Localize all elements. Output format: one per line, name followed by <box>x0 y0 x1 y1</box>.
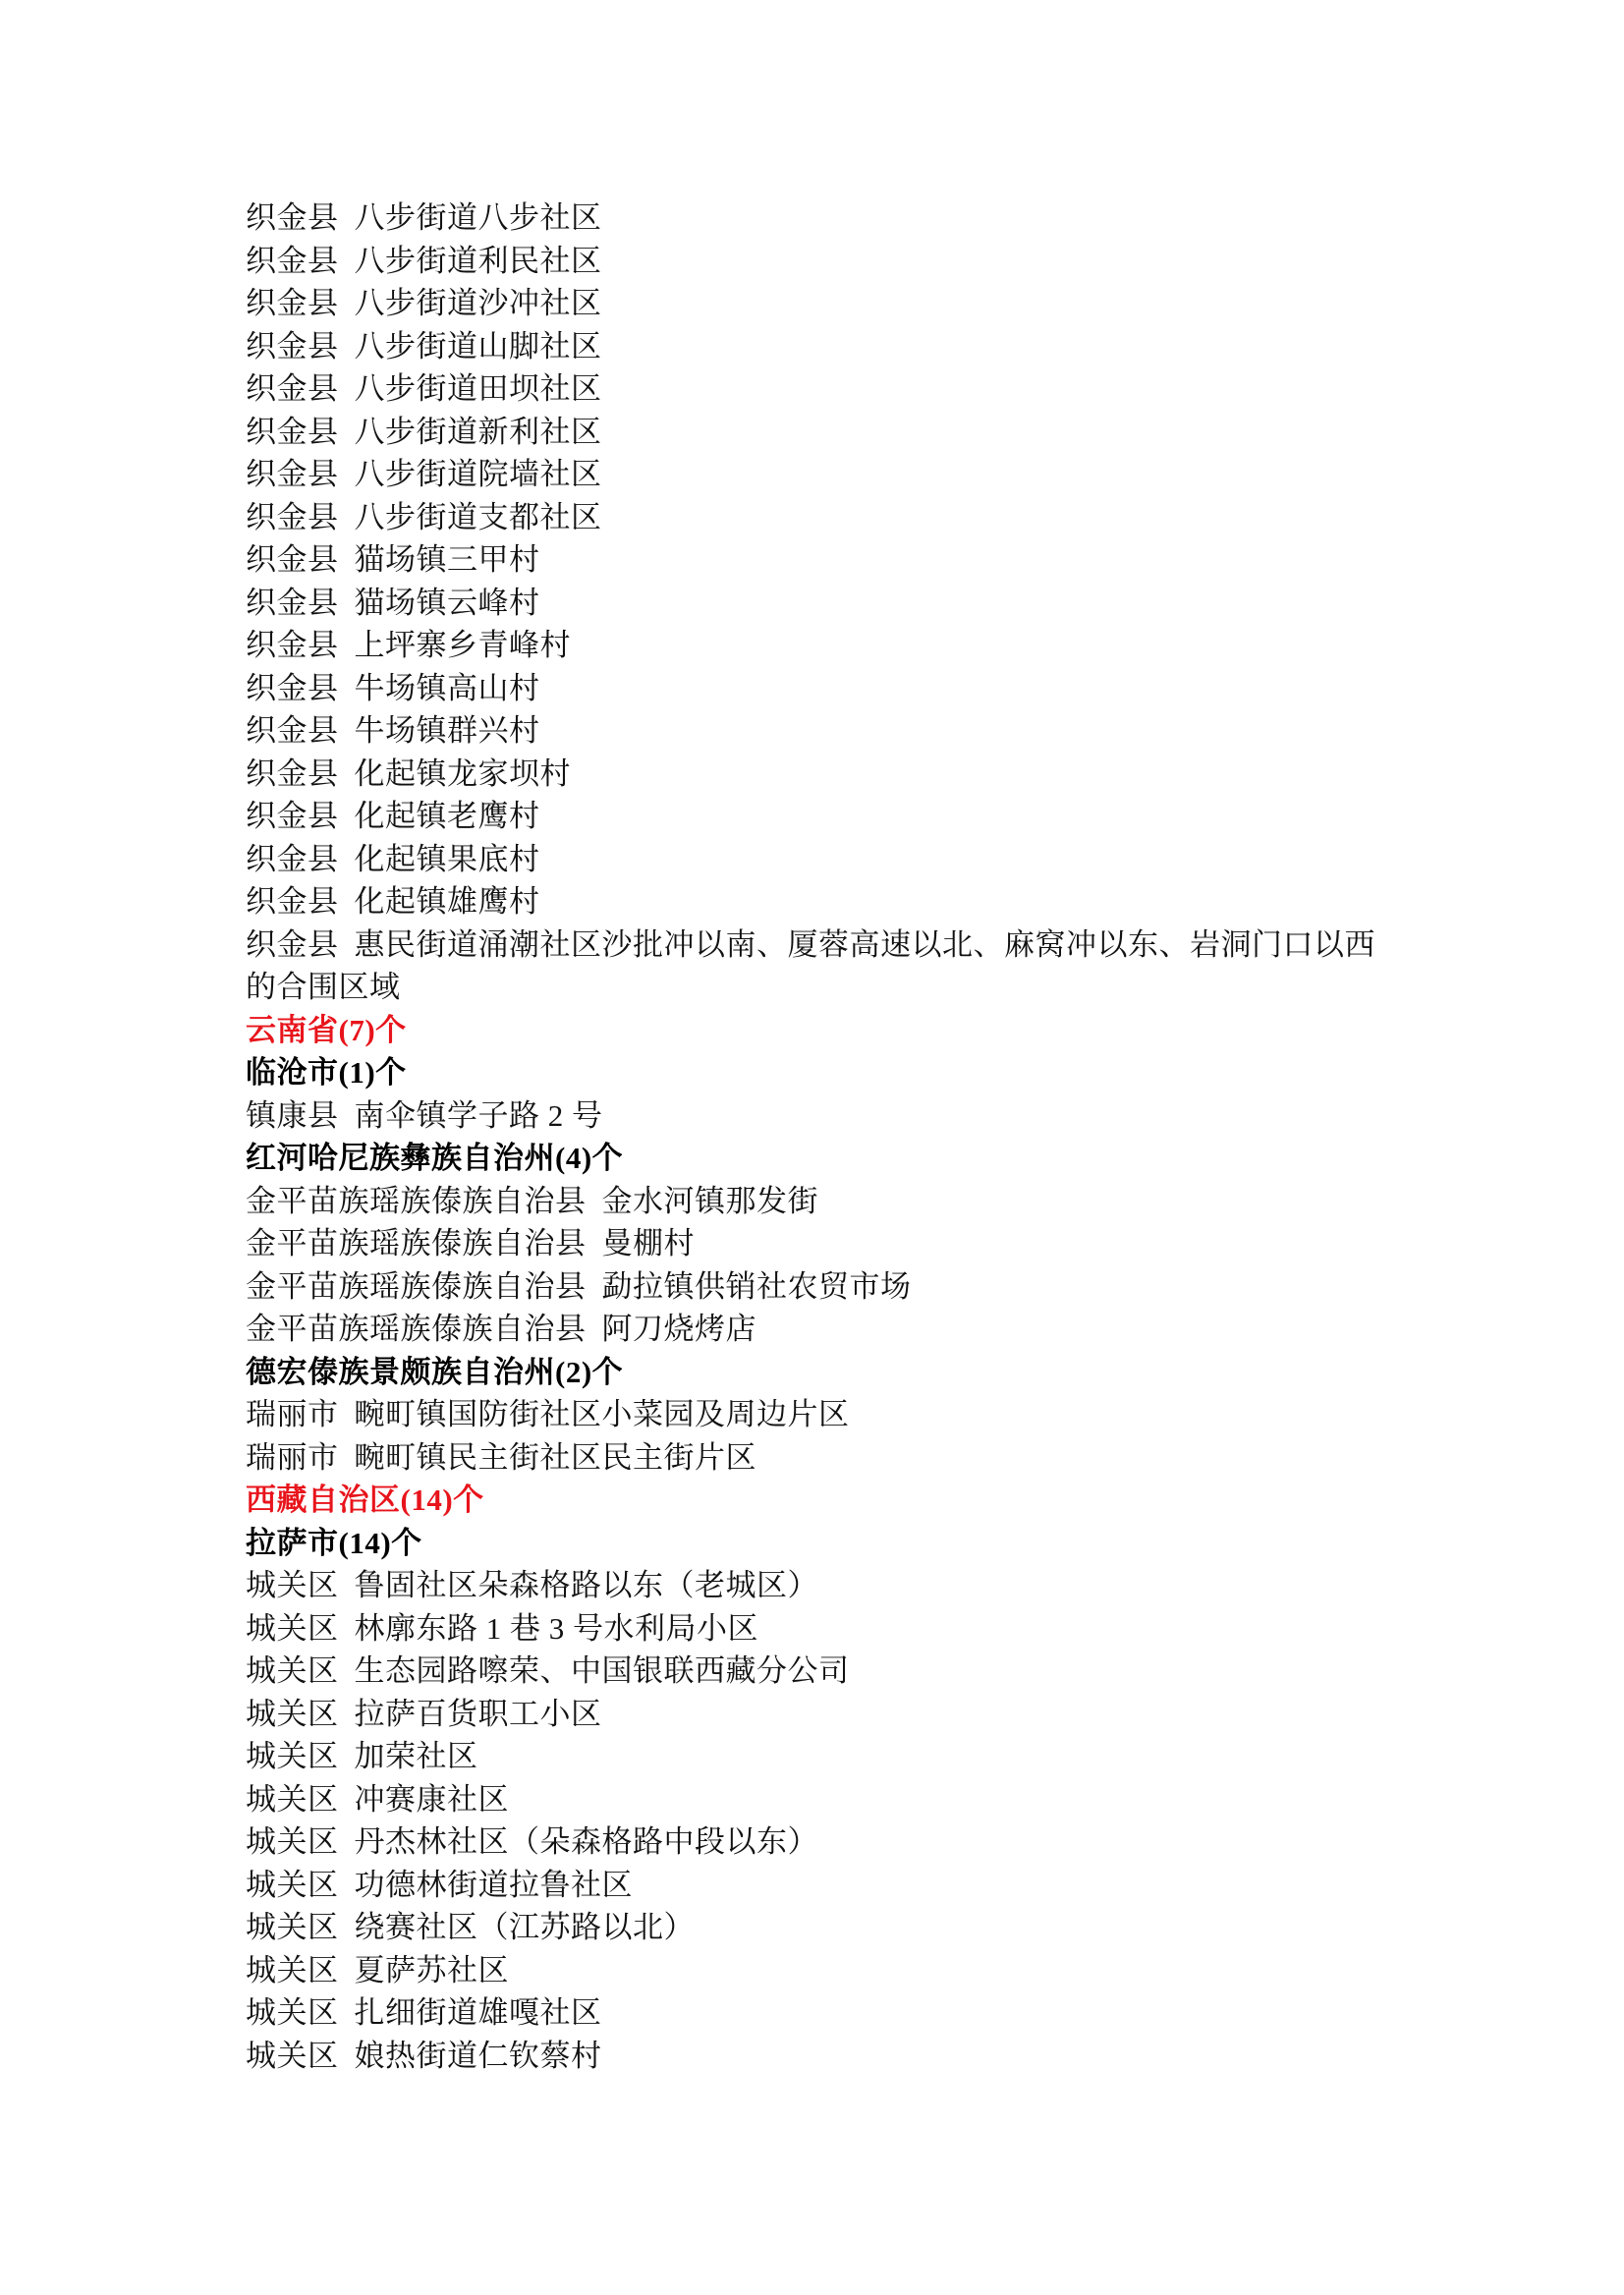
county-name: 城关区 <box>246 1868 339 1902</box>
county-name: 织金县 <box>246 671 339 705</box>
location-name: 加荣社区 <box>355 1739 478 1773</box>
location-name: 化起镇龙家坝村 <box>355 756 572 791</box>
city-heading: 拉萨市(14)个 <box>246 1522 1385 1565</box>
list-item: 城关区拉萨百货职工小区 <box>246 1693 1385 1736</box>
list-item: 织金县八步街道八步社区 <box>246 196 1385 240</box>
location-name: 牛场镇群兴村 <box>355 713 540 748</box>
list-item: 织金县化起镇果底村 <box>246 838 1385 881</box>
location-name: 上坪寨乡青峰村 <box>355 628 572 662</box>
list-item: 织金县化起镇龙家坝村 <box>246 753 1385 796</box>
list-item: 织金县八步街道沙冲社区 <box>246 282 1385 325</box>
location-name: 拉萨百货职工小区 <box>355 1697 602 1731</box>
county-name: 织金县 <box>246 713 339 748</box>
location-name: 八步街道利民社区 <box>355 244 602 278</box>
county-name: 织金县 <box>246 628 339 662</box>
location-name: 猫场镇云峰村 <box>355 586 540 620</box>
county-name: 城关区 <box>246 1995 339 2030</box>
city-heading: 临沧市(1)个 <box>246 1051 1385 1094</box>
county-name: 金平苗族瑶族傣族自治县 <box>246 1226 587 1260</box>
county-name: 城关区 <box>246 2039 339 2073</box>
location-name: 八步街道沙冲社区 <box>355 286 602 320</box>
county-name: 织金县 <box>246 286 339 320</box>
county-name: 织金县 <box>246 884 339 919</box>
location-name: 生态园路嚓荣、中国银联西藏分公司 <box>355 1653 850 1688</box>
city-heading: 红河哈尼族彝族自治州(4)个 <box>246 1137 1385 1180</box>
list-item: 织金县八步街道新利社区 <box>246 411 1385 454</box>
list-item: 织金县化起镇老鹰村 <box>246 795 1385 838</box>
list-item: 金平苗族瑶族傣族自治县阿刀烧烤店 <box>246 1308 1385 1351</box>
list-item: 城关区鲁固社区朵森格路以东（老城区） <box>246 1564 1385 1607</box>
county-name: 城关区 <box>246 1739 339 1773</box>
list-item: 织金县八步街道山脚社区 <box>246 325 1385 368</box>
county-name: 金平苗族瑶族傣族自治县 <box>246 1269 587 1304</box>
location-name: 绕赛社区（江苏路以北） <box>355 1910 696 1944</box>
list-item: 金平苗族瑶族傣族自治县金水河镇那发街 <box>246 1180 1385 1223</box>
document-page: 织金县八步街道八步社区 织金县八步街道利民社区 织金县八步街道沙冲社区 织金县八… <box>246 196 1385 2077</box>
location-name: 林廓东路 1 巷 3 号水利局小区 <box>355 1611 759 1646</box>
county-name: 镇康县 <box>246 1098 339 1133</box>
list-item: 织金县化起镇雄鹰村 <box>246 880 1385 924</box>
county-name: 织金县 <box>246 415 339 449</box>
location-name: 八步街道八步社区 <box>355 200 602 235</box>
list-item: 镇康县南伞镇学子路 2 号 <box>246 1094 1385 1138</box>
location-name: 鲁固社区朵森格路以东（老城区） <box>355 1568 819 1602</box>
county-name: 织金县 <box>246 756 339 791</box>
location-name: 化起镇老鹰村 <box>355 799 540 833</box>
location-name: 畹町镇国防街社区小菜园及周边片区 <box>355 1397 850 1431</box>
county-name: 织金县 <box>246 329 339 364</box>
county-name: 城关区 <box>246 1910 339 1944</box>
location-name: 八步街道田坝社区 <box>355 371 602 406</box>
list-item: 织金县八步街道支都社区 <box>246 496 1385 539</box>
county-name: 织金县 <box>246 500 339 534</box>
list-item: 织金县八步街道田坝社区 <box>246 367 1385 411</box>
county-name: 织金县 <box>246 586 339 620</box>
list-item: 城关区丹杰林社区（朵森格路中段以东） <box>246 1820 1385 1864</box>
county-name: 瑞丽市 <box>246 1440 339 1475</box>
county-name: 金平苗族瑶族傣族自治县 <box>246 1184 587 1218</box>
list-item: 金平苗族瑶族傣族自治县曼棚村 <box>246 1222 1385 1265</box>
location-name: 功德林街道拉鲁社区 <box>355 1868 634 1902</box>
county-name: 织金县 <box>246 457 339 491</box>
location-name: 扎细街道雄嘎社区 <box>355 1995 602 2030</box>
county-name: 织金县 <box>246 799 339 833</box>
location-name: 畹町镇民主街社区民主街片区 <box>355 1440 757 1475</box>
county-name: 织金县 <box>246 244 339 278</box>
county-name: 城关区 <box>246 1568 339 1602</box>
location-name: 猫场镇三甲村 <box>355 542 540 577</box>
location-name: 娘热街道仁钦蔡村 <box>355 2039 602 2073</box>
location-name: 惠民街道涌潮社区沙批冲以南、厦蓉高速以北、麻窝冲以东、岩洞门口以西的合围区域 <box>246 927 1375 1005</box>
location-name: 阿刀烧烤店 <box>602 1312 757 1346</box>
county-name: 织金县 <box>246 927 339 962</box>
list-item: 织金县上坪寨乡青峰村 <box>246 624 1385 667</box>
county-name: 城关区 <box>246 1824 339 1859</box>
county-name: 织金县 <box>246 200 339 235</box>
list-item: 城关区扎细街道雄嘎社区 <box>246 1991 1385 2035</box>
location-name: 化起镇果底村 <box>355 842 540 876</box>
list-item: 城关区林廓东路 1 巷 3 号水利局小区 <box>246 1607 1385 1651</box>
county-name: 织金县 <box>246 542 339 577</box>
list-item: 织金县猫场镇云峰村 <box>246 582 1385 625</box>
location-name: 化起镇雄鹰村 <box>355 884 540 919</box>
location-name: 八步街道支都社区 <box>355 500 602 534</box>
list-item: 织金县八步街道利民社区 <box>246 240 1385 283</box>
county-name: 金平苗族瑶族傣族自治县 <box>246 1312 587 1346</box>
list-item: 瑞丽市畹町镇国防街社区小菜园及周边片区 <box>246 1393 1385 1436</box>
list-item: 城关区生态园路嚓荣、中国银联西藏分公司 <box>246 1650 1385 1693</box>
list-item: 织金县猫场镇三甲村 <box>246 538 1385 582</box>
county-name: 城关区 <box>246 1697 339 1731</box>
list-item: 城关区功德林街道拉鲁社区 <box>246 1864 1385 1907</box>
province-heading: 云南省(7)个 <box>246 1009 1385 1052</box>
location-name: 八步街道新利社区 <box>355 415 602 449</box>
list-item: 城关区娘热街道仁钦蔡村 <box>246 2035 1385 2078</box>
list-item: 城关区绕赛社区（江苏路以北） <box>246 1906 1385 1949</box>
location-name: 冲赛康社区 <box>355 1782 510 1817</box>
list-item: 金平苗族瑶族傣族自治县勐拉镇供销社农贸市场 <box>246 1265 1385 1309</box>
county-name: 织金县 <box>246 842 339 876</box>
list-item: 城关区加荣社区 <box>246 1735 1385 1778</box>
county-name: 城关区 <box>246 1653 339 1688</box>
list-item: 瑞丽市畹町镇民主街社区民主街片区 <box>246 1436 1385 1480</box>
list-item: 城关区夏萨苏社区 <box>246 1949 1385 1992</box>
location-name: 夏萨苏社区 <box>355 1953 510 1987</box>
location-name: 八步街道院墙社区 <box>355 457 602 491</box>
county-name: 城关区 <box>246 1782 339 1817</box>
province-heading: 西藏自治区(14)个 <box>246 1479 1385 1522</box>
county-name: 瑞丽市 <box>246 1397 339 1431</box>
list-item: 城关区冲赛康社区 <box>246 1778 1385 1821</box>
location-name: 金水河镇那发街 <box>602 1184 819 1218</box>
city-heading: 德宏傣族景颇族自治州(2)个 <box>246 1351 1385 1394</box>
list-item: 织金县八步街道院墙社区 <box>246 453 1385 496</box>
county-name: 城关区 <box>246 1953 339 1987</box>
list-item: 织金县惠民街道涌潮社区沙批冲以南、厦蓉高速以北、麻窝冲以东、岩洞门口以西的合围区… <box>246 924 1385 1009</box>
county-name: 织金县 <box>246 371 339 406</box>
county-name: 城关区 <box>246 1611 339 1646</box>
list-item: 织金县牛场镇高山村 <box>246 667 1385 710</box>
location-name: 曼棚村 <box>602 1226 696 1260</box>
location-name: 南伞镇学子路 2 号 <box>355 1098 603 1133</box>
location-name: 勐拉镇供销社农贸市场 <box>602 1269 912 1304</box>
list-item: 织金县牛场镇群兴村 <box>246 709 1385 753</box>
location-name: 牛场镇高山村 <box>355 671 540 705</box>
location-name: 八步街道山脚社区 <box>355 329 602 364</box>
location-name: 丹杰林社区（朵森格路中段以东） <box>355 1824 819 1859</box>
